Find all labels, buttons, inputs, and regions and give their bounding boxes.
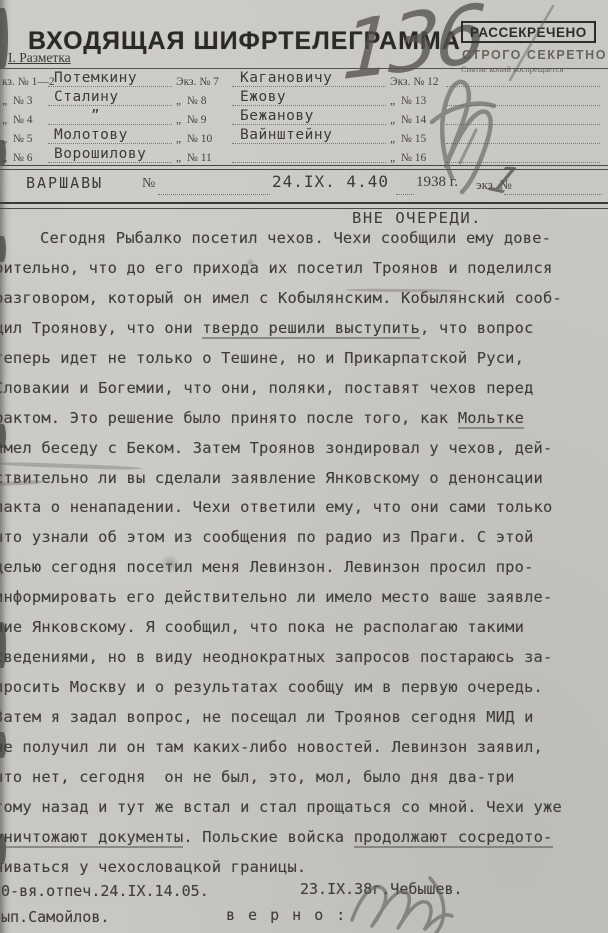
body-text: . Польские войска [183,828,353,846]
form-fill-dots [446,124,600,125]
body-line: что нет, сегодня он не был, это, мол, бы… [0,768,608,798]
form-fill-dots [158,194,270,195]
copy-number-label: „ № 15 [390,130,426,145]
body-line: ствительно ли вы сделали заявление Янков… [0,469,608,499]
copy-number-label: „ № 8 [176,92,206,107]
copy-number-label: „ № 13 [390,92,426,107]
form-fill-dots [232,162,386,163]
secrecy-marking: СТРОГО СЕКРЕТНО [462,48,607,62]
copy-number-label: „ № 14 [390,111,426,126]
distribution-row: „ № 8Ежову [176,89,388,108]
distribution-row: „ № 4 ” [2,108,174,127]
distribution-row: кз. № 1—2Потемкину [2,70,174,89]
pencil-underlined-text: продолжают сосредото- [354,828,553,848]
body-text: информировать его действительно ли имело… [0,588,553,606]
recipient-name: ” [54,108,100,124]
copy-number-label: Экз. № 12 [390,73,439,88]
body-text: разговором, который он имел с Кобылянски… [0,289,562,307]
recipient-name: Кагановичу [240,70,332,86]
pencil-underlined-text: уничтожают документы [0,828,183,848]
declassified-stamp: РАССЕКРЕЧЕНО [461,21,596,43]
double-rule-bottom [0,202,608,209]
body-line: пакта о ненападении. Чехи ответили ему, … [0,498,608,528]
scan-artifact [0,8,8,68]
distribution-row: „ № 3Сталину [2,89,174,108]
body-line: Затем я задал вопрос, не посещал ли Троя… [0,708,608,738]
body-text: целью сегодня посетил меня Левинзон. Лев… [0,558,534,576]
copy-number-label: „ № 5 [2,130,32,145]
form-fill-dots [504,194,602,195]
body-text: рительно, что до его прихода их посетил … [0,259,553,277]
copy-number-label: „ № 10 [176,130,212,145]
section-label: I. Разметка [8,50,71,66]
form-fill-dots [48,86,172,87]
body-text: ние Янковскому. Я сообщил, что пока не р… [0,618,524,636]
body-text: Словакии и Богемии, что они, поляки, пос… [0,379,534,397]
form-fill-dots [48,105,172,106]
body-line: щил Троянову, что они твердо решили выст… [0,319,608,349]
body-text: просить Москву и о результатах сообщу им… [0,678,543,696]
body-line: целью сегодня посетил меня Левинзон. Лев… [0,558,608,588]
body-line: теперь идет не только о Тешине, но и При… [0,349,608,379]
form-fill-dots [48,124,172,125]
received-datetime: 24.IX. 4.40 [272,172,389,191]
form-fill-dots [446,143,600,144]
distribution-row: „ № 14 [390,108,602,127]
body-text: сведениями, но в виду неоднократных запр… [0,648,553,666]
recipient-name: Вайнштейну [240,127,332,143]
body-text: теперь идет не только о Тешине, но и При… [0,349,524,367]
issued-by: вып.Самойлов. [0,908,109,926]
form-fill-dots [396,194,414,195]
body-line: не получил ли он там каких-либо новостей… [0,738,608,768]
body-text: не получил ли он там каких-либо новостей… [0,738,543,756]
copy-number-label: „ № 16 [390,149,426,164]
form-fill-dots [446,86,600,87]
distribution-row: „ № 15 [390,127,602,146]
copies-printed-note: 10-вя.отпеч.24.IX.14.05. [0,882,209,900]
distribution-row: „ № 13 [390,89,602,108]
copy-number-label: „ № 11 [176,149,212,164]
distribution-column-3: Экз. № 12„ № 13„ № 14„ № 15„ № 16 [390,70,602,165]
year: 1938 г. [416,174,458,191]
body-text: имел беседу с Беком. Затем Троянов зонди… [0,439,553,457]
body-line: Словакии и Богемии, что они, поляки, пос… [0,379,608,409]
recipient-name: Потемкину [54,70,137,86]
body-text: фактом. Это решение было принято после т… [0,409,458,427]
pencil-underlined-text: Мольтке [458,409,524,429]
form-fill-dots [446,105,600,106]
horizontal-rule [0,68,608,69]
copy-number-label: „ № 6 [2,149,32,164]
distribution-row: „ № 16 [390,146,602,165]
distribution-row: „ № 5Молотову [2,127,174,146]
body-line: Сегодня Рыбалко посетил чехов. Чехи сооб… [0,229,608,259]
distribution-row: „ № 9Бежанову [176,108,388,127]
distribution-row: Экз. № 7Кагановичу [176,70,388,89]
distribution-row: „ № 11 [176,146,388,165]
body-line: ние Янковскому. Я сообщил, что пока не р… [0,618,608,648]
body-text: что узнали об этом из сообщения по радио… [0,528,534,546]
distribution-row: „ № 6Ворошилову [2,146,174,165]
body-line: сведениями, но в виду неоднократных запр… [0,648,608,678]
body-text: тому назад и тут же встал и стал прощать… [0,798,562,816]
distribution-row: „ № 10Вайнштейну [176,127,388,146]
body-text: ствительно ли вы сделали заявление Янков… [0,469,543,487]
copy-number-label: кз. № 1—2 [2,73,55,88]
body-line: уничтожают документы. Польские войска пр… [0,828,608,858]
form-fill-dots [48,143,172,144]
recipient-name: Сталину [54,89,119,105]
copy-number-label: Экз. № 7 [176,73,219,88]
copy-number-label: „ № 4 [2,111,32,126]
origin-city: ВАРШАВЫ [26,174,103,192]
body-text: что нет, сегодня он не был, это, мол, бы… [0,768,515,786]
body-text: чиваться у чехословацкой границы. [0,858,306,876]
body-line: фактом. Это решение было принято после т… [0,409,608,439]
distribution-column-2: Экз. № 7Кагановичу„ № 8Ежову„ № 9Бежанов… [176,70,388,165]
form-fill-dots [232,143,386,144]
copy-number-label: „ № 3 [2,92,32,107]
body-text: , что вопрос [420,319,534,337]
distribution-row: Экз. № 12 [390,70,602,89]
body-line: тому назад и тут же встал и стал прощать… [0,798,608,828]
recipient-name: Бежанову [240,108,314,124]
body-line: рительно, что до его прихода их посетил … [0,259,608,289]
verified-label: в е р н о : [226,906,347,924]
priority-marking: ВНЕ ОЧЕРЕДИ. [352,209,482,227]
body-line: что узнали об этом из сообщения по радио… [0,528,608,558]
form-fill-dots [232,105,386,106]
pencil-underlined-text: твердо решили выступить [202,319,420,339]
form-fill-dots [48,162,172,163]
body-line: информировать его действительно ли имело… [0,588,608,618]
body-text: Сегодня Рыбалко посетил чехов. Чехи сооб… [40,229,551,247]
copy-number-label: „ № 9 [176,111,206,126]
recipient-name: Ежову [240,89,286,105]
telegram-body: Сегодня Рыбалко посетил чехов. Чехи сооб… [0,229,608,888]
body-text: пакта о ненападении. Чехи ответили ему, … [0,498,553,516]
body-line: разговором, который он имел с Кобылянски… [0,289,608,319]
form-fill-dots [232,86,386,87]
signature-line: 23.IX.38г.Чебышев. [300,880,463,898]
telegram-document: ВХОДЯЩАЯ ШИФРТЕЛЕГРАММА 136 РАССЕКРЕЧЕНО… [0,0,608,933]
recipient-name: Молотову [54,127,128,143]
body-text: Затем я задал вопрос, не посещал ли Троя… [0,708,534,726]
distribution-column-1: кз. № 1—2Потемкину„ № 3Сталину„ № 4 ”„ №… [2,70,174,165]
telegram-number-label: № [142,176,155,192]
body-text: щил Троянову, что они [0,319,202,337]
recipient-name: Ворошилову [54,146,146,162]
body-line: просить Москву и о результатах сообщу им… [0,678,608,708]
form-fill-dots [232,124,386,125]
